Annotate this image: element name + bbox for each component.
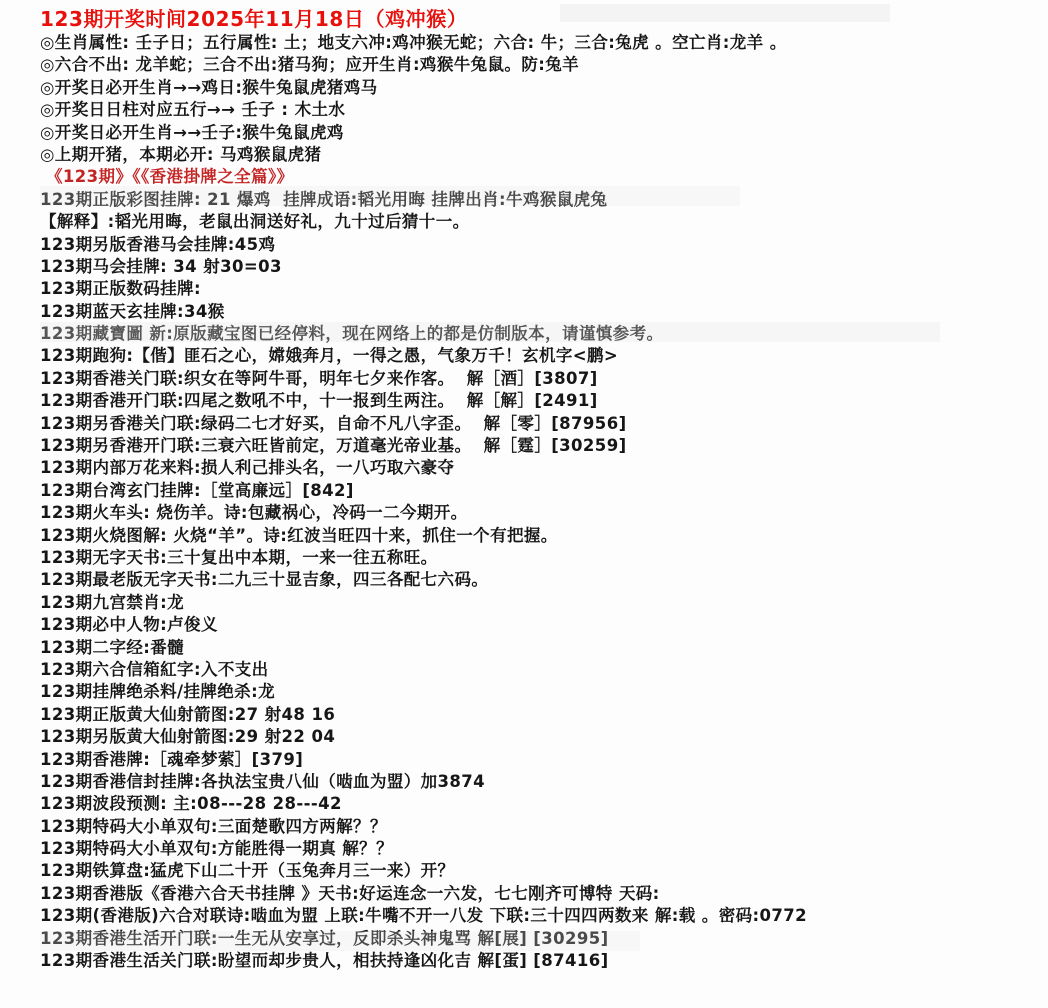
line-bikai-shengxiao-2: ◎开奖日必开生肖→→壬子:猴牛兔鼠虎鸡 <box>40 122 1048 144</box>
line-tema-daxiao-2: 123期特码大小单双句:方能胜得一期真 解？？ <box>40 838 1048 860</box>
line-jiugong-jinxiao: 123期九宫禁肖:龙 <box>40 592 1048 614</box>
line-liuhe-xinxiang-hongzi: 123期六合信箱紅字:入不支出 <box>40 659 1048 681</box>
line-ling-hk-guanmenlian: 123期另香港关门联:绿码二七才好买，自命不凡八字歪。 解［零］[87956] <box>40 413 1048 435</box>
line-hk-shenghuo-guanmenlian: 123期香港生活关门联:盼望而却步贵人，相扶持逢凶化吉 解[蛋] [87416] <box>40 950 1048 972</box>
line-liuhe-buchu: ◎六合不出: 龙羊蛇；三合不出:猪马狗；应开生肖:鸡猴牛兔鼠。防:兔羊 <box>40 54 1048 76</box>
line-neibu-wanhua-lailiao: 123期内部万花来料:损人利己排头名，一八巧取六豪夺 <box>40 457 1048 479</box>
line-hk-kaimenlian: 123期香港开门联:四尾之数吼不中，十一报到生两注。 解［解］[2491] <box>40 390 1048 412</box>
subtitle-guapai-quanpian: 《123期》《《香港掛牌之全篇》》 <box>40 166 1048 188</box>
line-rizhu-wuxing: ◎开奖日日柱对应五行→→ 壬子 : 木土水 <box>40 99 1048 121</box>
line-lingban-huangdaxian: 123期另版黄大仙射箭图:29 射22 04 <box>40 726 1048 748</box>
line-lantianxuan-guapai: 123期蓝天玄挂牌:34猴 <box>40 301 1048 323</box>
line-mahui-guapai: 123期马会挂牌: 34 射30=03 <box>40 256 1048 278</box>
line-tiesuanpan: 123期铁算盘:猛虎下山二十开（玉兔奔月三一来）开？ <box>40 860 1048 882</box>
line-ling-hk-kaimenlian: 123期另香港开门联:三衰六旺皆前定，万道毫光帝业基。 解［霆］[30259] <box>40 435 1048 457</box>
line-liuhe-duilianshi: 123期(香港版)六合对联诗:啮血为盟 上联:牛嘴不开一八发 下联:三十四四两数… <box>40 905 1048 927</box>
line-huochetou: 123期火车头: 烧伤羊。诗:包藏祸心，冷码一二今期开。 <box>40 502 1048 524</box>
line-hk-shenghuo-kaimenlian: 123期香港生活开门联:一生无从安享过，反即杀头神鬼骂 解[展] [30295] <box>40 928 1048 950</box>
line-hk-xinfeng-guapai: 123期香港信封挂牌:各执法宝贵八仙（啮血为盟）加3874 <box>40 771 1048 793</box>
line-zhengban-huangdaxian: 123期正版黄大仙射箭图:27 射48 16 <box>40 704 1048 726</box>
line-tema-daxiao-1: 123期特码大小单双句:三面楚歌四方两解？？ <box>40 816 1048 838</box>
line-hk-tianshu-guapai: 123期香港版《香港六合天书挂牌 》天书:好运连念一六发，七七刚齐可博特 天码: <box>40 883 1048 905</box>
document-page: 123期开奖时间2025年11月18日（鸡冲猴） ◎生肖属性: 壬子日；五行属性… <box>0 0 1048 1008</box>
line-zhengban-caitu-guapai: 123期正版彩图挂牌: 21 爆鸡 挂牌成语:韬光用晦 挂牌出肖:牛鸡猴鼠虎兔 <box>40 189 1048 211</box>
line-taiwan-xuanmen-guapai: 123期台湾玄门挂牌:［堂高廉远］[842] <box>40 480 1048 502</box>
line-shangqi-kai: ◎上期开猪，本期必开: 马鸡猴鼠虎猪 <box>40 144 1048 166</box>
line-lingban-mahui-guapai: 123期另版香港马会挂牌:45鸡 <box>40 234 1048 256</box>
line-bikai-shengxiao-1: ◎开奖日必开生肖→→鸡日:猴牛兔鼠虎猪鸡马 <box>40 77 1048 99</box>
line-wuzi-tianshu: 123期无字天书:三十复出中本期，一来一往五称旺。 <box>40 547 1048 569</box>
line-erzijing: 123期二字经:番髓 <box>40 637 1048 659</box>
line-zhengban-shuma-guapai: 123期正版数码挂牌: <box>40 278 1048 300</box>
line-hk-guanmenlian: 123期香港关门联:织女在等阿牛哥，明年七夕来作客。 解［酒］[3807] <box>40 368 1048 390</box>
line-guapai-juesha: 123期挂牌绝杀料/挂牌绝杀:龙 <box>40 681 1048 703</box>
line-zuilaoban-wuzi-tianshu: 123期最老版无字天书:二九三十显吉象，四三各配七六码。 <box>40 569 1048 591</box>
line-boduan-yuce: 123期波段预测: 主:08---28 28---42 <box>40 793 1048 815</box>
line-cangbaotu: 123期藏寶圖 新:原版藏宝图已经停料，现在网络上的都是仿制版本，请谨慎参考。 <box>40 323 1048 345</box>
line-huoshao-tujie: 123期火烧图解: 火烧“羊”。诗:红波当旺四十来，抓住一个有把握。 <box>40 525 1048 547</box>
line-hk-pai: 123期香港牌:［魂牵梦萦］[379] <box>40 749 1048 771</box>
draw-time-title: 123期开奖时间2025年11月18日（鸡冲猴） <box>40 6 1048 32</box>
line-jieshi: 【解释】:韬光用晦，老鼠出洞送好礼，九十过后猜十一。 <box>40 211 1048 233</box>
line-shengxiao-shuxing: ◎生肖属性: 壬子日；五行属性: 土；地支六冲:鸡冲猴无蛇；六合: 牛；三合:兔… <box>40 32 1048 54</box>
line-bizhong-renwu: 123期必中人物:卢俊义 <box>40 614 1048 636</box>
line-paogou: 123期跑狗:【偕】匪石之心，嫦娥奔月，一得之愚，气象万千！玄机字<鹏> <box>40 345 1048 367</box>
